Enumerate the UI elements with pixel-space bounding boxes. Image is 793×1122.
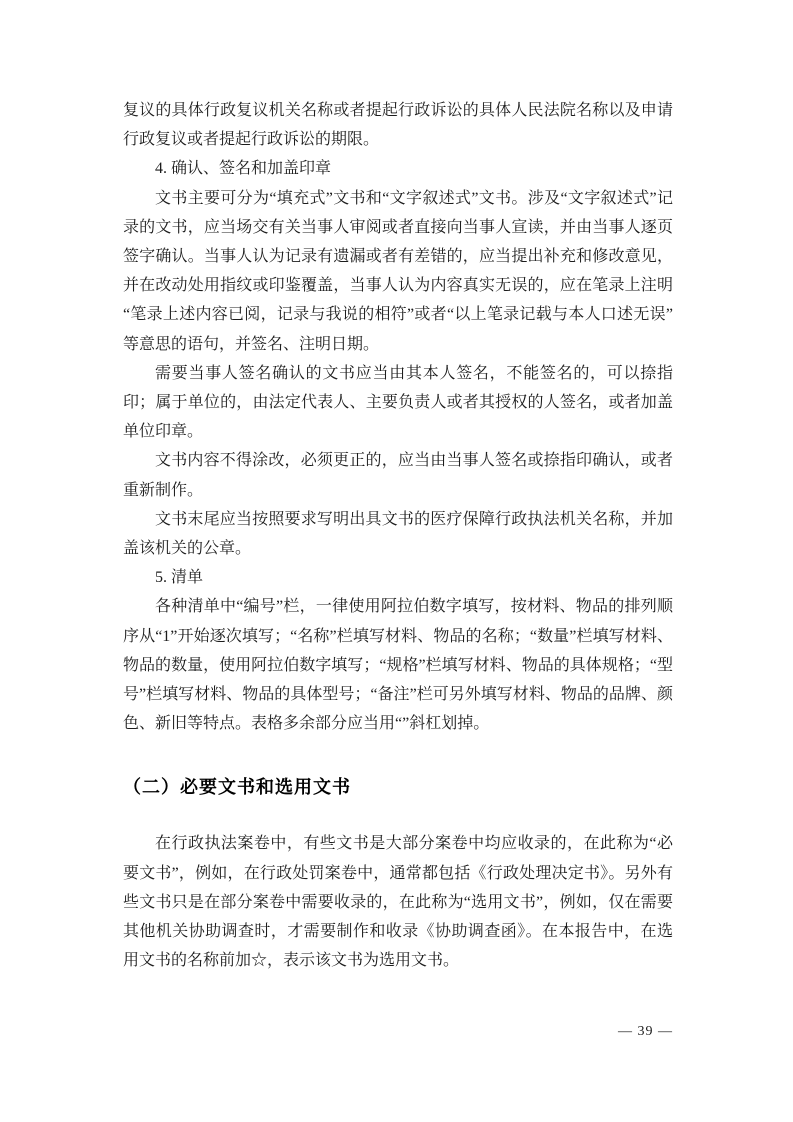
body-paragraph: 各种清单中“编号”栏，一律使用阿拉伯数字填写，按材料、物品的排列顺序从“1”开始… bbox=[123, 592, 673, 738]
numbered-item-5: 5. 清单 bbox=[123, 563, 673, 592]
continuation-paragraph: 复议的具体行政复议机关名称或者提起行政诉讼的具体人民法院名称以及申请行政复议或者… bbox=[123, 96, 673, 154]
body-paragraph: 文书内容不得涂改，必须更正的，应当由当事人签名或捺指印确认，或者重新制作。 bbox=[123, 446, 673, 504]
page-number: — 39 — bbox=[618, 1024, 673, 1040]
numbered-item-4: 4. 确认、签名和加盖印章 bbox=[123, 154, 673, 183]
body-paragraph: 在行政执法案卷中，有些文书是大部分案卷中均应收录的，在此称为“必要文书”，例如，… bbox=[123, 829, 673, 975]
section-heading: （二）必要文书和选用文书 bbox=[123, 771, 673, 803]
body-paragraph: 需要当事人签名确认的文书应当由其本人签名，不能签名的，可以捺指印；属于单位的，由… bbox=[123, 359, 673, 447]
document-body: 复议的具体行政复议机关名称或者提起行政诉讼的具体人民法院名称以及申请行政复议或者… bbox=[123, 96, 673, 975]
body-paragraph: 文书主要可分为“填充式”文书和“文字叙述式”文书。涉及“文字叙述式”记录的文书，… bbox=[123, 184, 673, 359]
body-paragraph: 文书末尾应当按照要求写明出具文书的医疗保障行政执法机关名称，并加盖该机关的公章。 bbox=[123, 505, 673, 563]
document-page: 复议的具体行政复议机关名称或者提起行政诉讼的具体人民法院名称以及申请行政复议或者… bbox=[0, 0, 793, 1122]
